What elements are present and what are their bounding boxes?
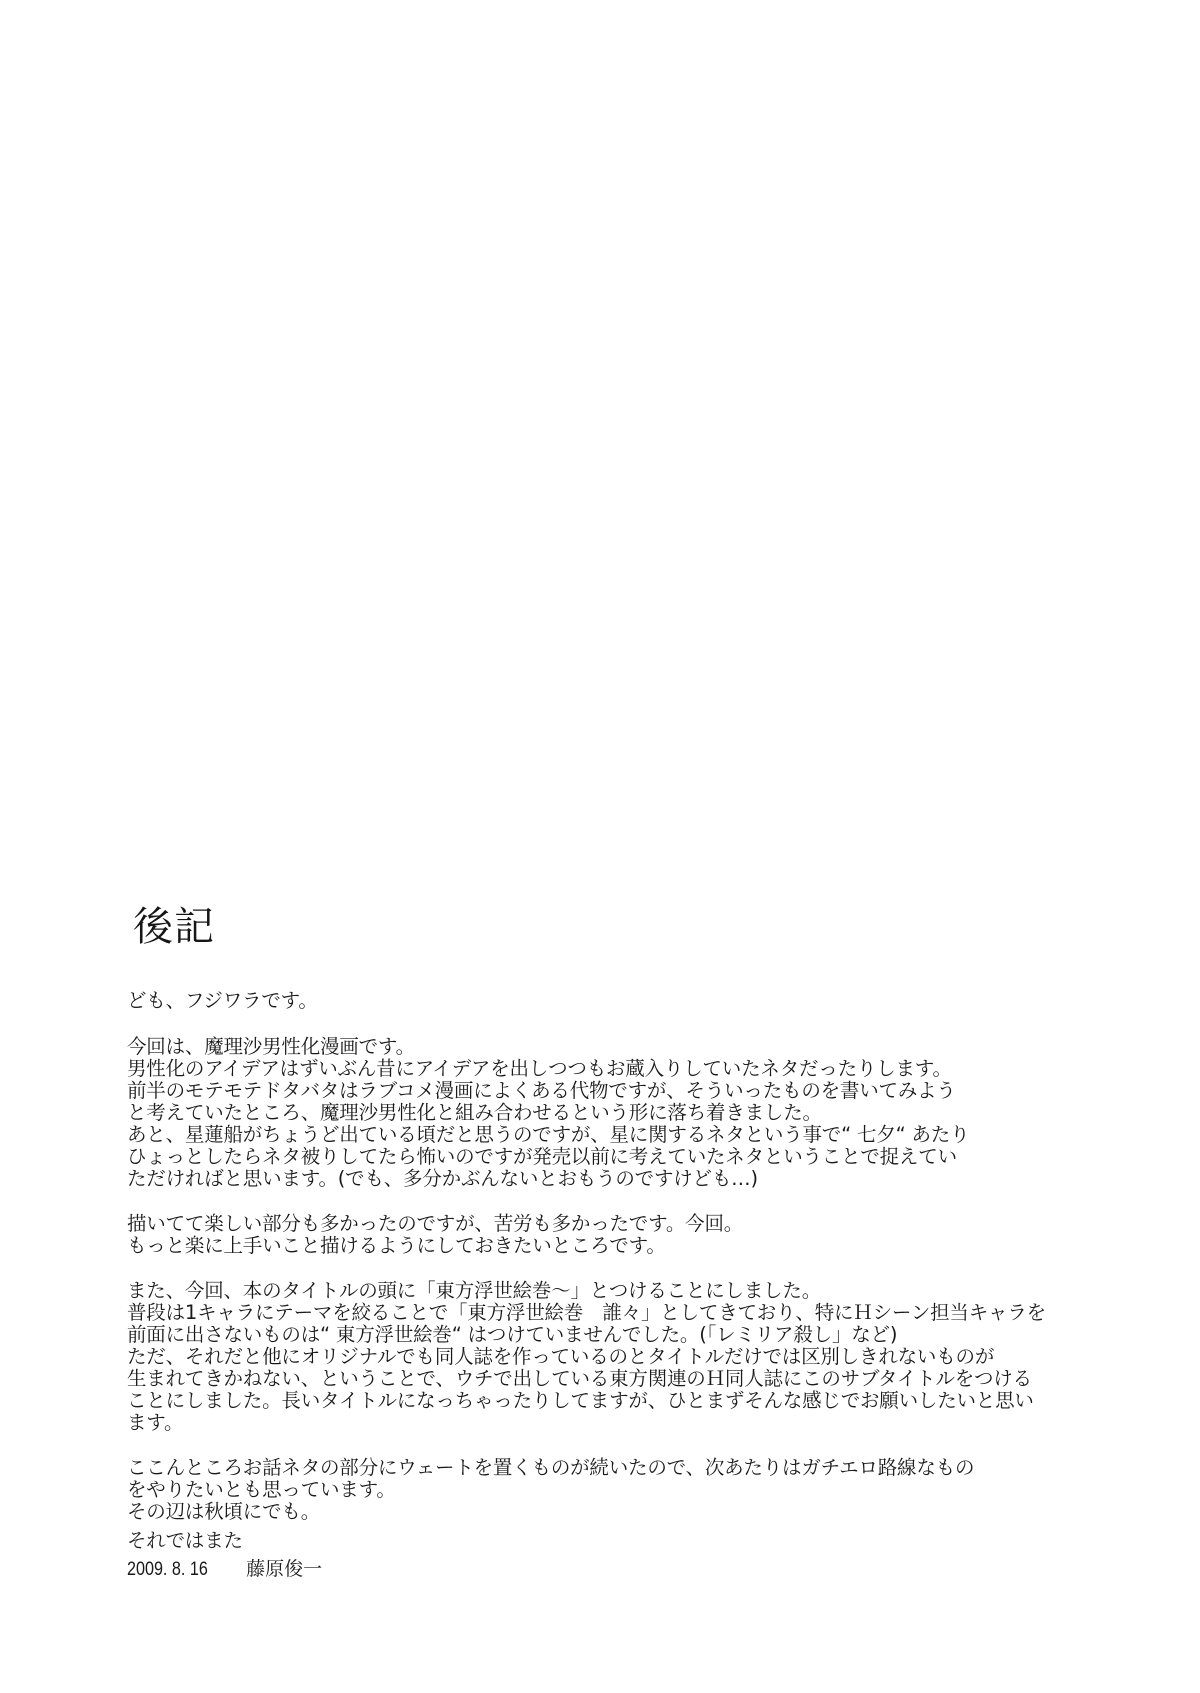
text-line: をやりたいとも思っています。 [127, 1479, 396, 1501]
text-line: 前半のモテモテドタバタはラブコメ漫画によくある代物ですが、そういったものを書いて… [127, 1080, 956, 1102]
text-line: 描いてて楽しい部分も多かったのですが、苦労も多かったです。今回。 [127, 1213, 743, 1235]
text-line: ます。 [127, 1412, 183, 1434]
text-line: ただ、それだと他にオリジナルでも同人誌を作っているのとタイトルだけでは区別しきれ… [127, 1346, 994, 1368]
text-line-greeting: ども、フジワラです。 [127, 990, 318, 1012]
text-line: また、今回、本のタイトルの頭に「東方浮世絵巻～」とつけることにしました。 [127, 1280, 821, 1302]
text-line: もっと楽に上手いこと描けるようにしておきたいところです。 [127, 1235, 666, 1257]
text-line: と考えていたところ、魔理沙男性化と組み合わせるという形に落ち着きました。 [127, 1102, 822, 1124]
text-line: 今回は、魔理沙男性化漫画です。 [127, 1036, 415, 1058]
text-line: 前面に出さないものは“ 東方浮世絵巻“ はつけていませんでした。(「レミリア殺し… [127, 1324, 897, 1346]
text-line: 普段は1キャラにテーマを絞ることで「東方浮世絵巻 誰々」としてきており、特にＨシ… [127, 1302, 1046, 1324]
text-line-closing: それではまた [127, 1530, 243, 1552]
text-line: 男性化のアイデアはずいぶん昔にアイデアを出しつつもお蔵入りしていたネタだったりし… [127, 1058, 952, 1080]
afterword-title: 後記 [133, 905, 215, 949]
text-line: 生まれてきかねない、ということで、ウチで出している東方関連のＨ同人誌にこのサブタ… [127, 1368, 1032, 1390]
text-line: ことにしました。長いタイトルになっちゃったりしてますが、ひとまずそんな感じでお願… [127, 1390, 1034, 1412]
signature-author: 藤原俊一 [246, 1558, 322, 1580]
text-line: ここんところお話ネタの部分にウェートを置くものが続いたので、次あたりはガチエロ路… [127, 1457, 974, 1479]
text-line: ただければと思います。(でも、多分かぶんないとおもうのですけども…) [127, 1168, 758, 1190]
text-line: ひょっとしたらネタ被りしてたら怖いのですが発売以前に考えていたネタということで捉… [127, 1146, 957, 1168]
signature: 2009. 8. 16 藤原俊一 [127, 1558, 322, 1581]
text-line: あと、星蓮船がちょうど出ている頃だと思うのですが、星に関するネタという事で“ 七… [127, 1124, 969, 1146]
signature-date: 2009. 8. 16 [127, 1559, 208, 1581]
afterword-page: 後記 ども、フジワラです。 今回は、魔理沙男性化漫画です。 男性化のアイデアはず… [0, 0, 1200, 1693]
text-line: その辺は秋頃にでも。 [127, 1501, 320, 1523]
